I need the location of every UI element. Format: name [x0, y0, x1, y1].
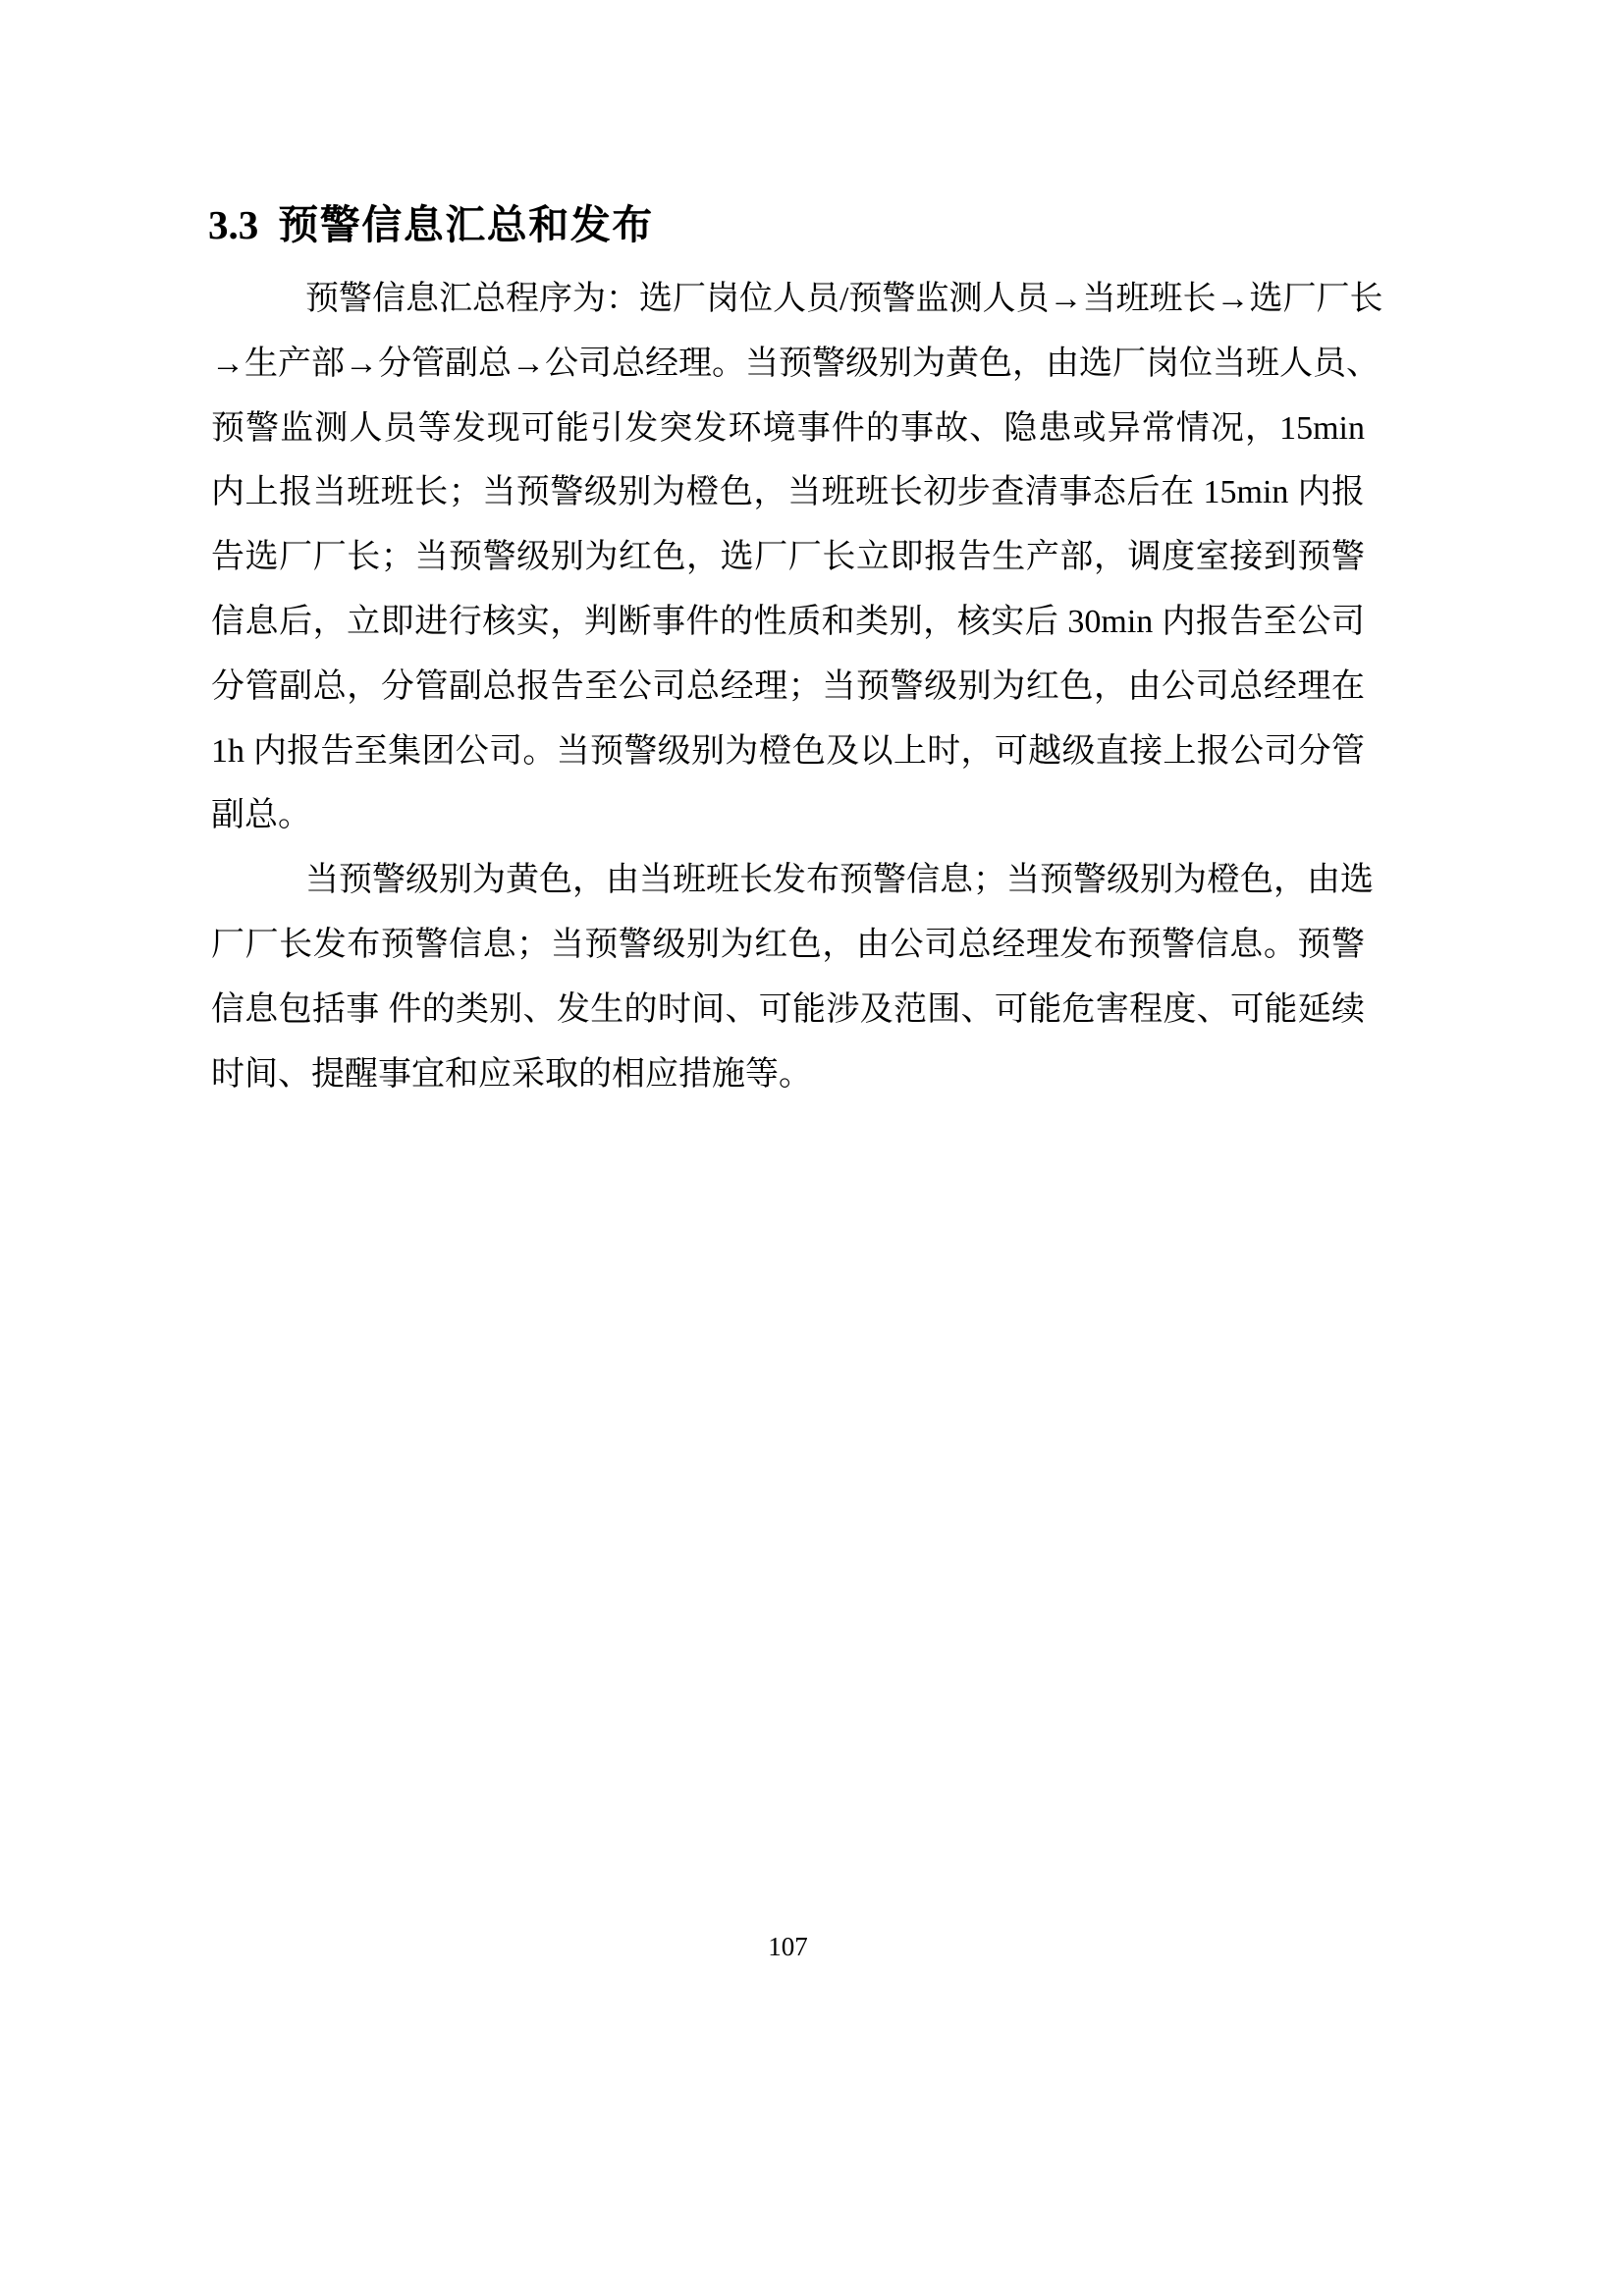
text-line: 预警信息汇总程序为：选厂岗位人员/预警监测人员→当班班长→选厂厂长	[211, 267, 1365, 332]
section-heading: 3.3预警信息汇总和发布	[208, 192, 654, 250]
section-title: 预警信息汇总和发布	[278, 202, 654, 247]
text-line: 告选厂厂长；当预警级别为红色，选厂厂长立即报告生产部，调度室接到预警	[211, 525, 1365, 590]
document-page: 3.3预警信息汇总和发布 预警信息汇总程序为：选厂岗位人员/预警监测人员→当班班…	[0, 0, 1624, 2296]
text-line: 信息包括事 件的类别、发生的时间、可能涉及范围、可能危害程度、可能延续	[211, 978, 1365, 1042]
text-line: 预警监测人员等发现可能引发突发环境事件的事故、隐患或异常情况，15min	[211, 397, 1365, 461]
text-line: 内上报当班班长；当预警级别为橙色，当班班长初步查清事态后在 15min 内报	[211, 460, 1365, 525]
text-line: 1h 内报告至集团公司。当预警级别为橙色及以上时，可越级直接上报公司分管	[211, 720, 1365, 784]
text-line: 时间、提醒事宜和应采取的相应措施等。	[211, 1042, 1365, 1107]
section-number: 3.3	[208, 202, 258, 247]
text-line: 分管副总，分管副总报告至公司总经理；当预警级别为红色，由公司总经理在	[211, 655, 1365, 720]
text-line: 当预警级别为黄色，由当班班长发布预警信息；当预警级别为橙色，由选	[211, 848, 1365, 913]
text-line: 厂厂长发布预警信息；当预警级别为红色，由公司总经理发布预警信息。预警	[211, 913, 1365, 978]
text-line: 信息后，立即进行核实，判断事件的性质和类别，核实后 30min 内报告至公司	[211, 590, 1365, 655]
page-number: 107	[211, 1932, 1365, 1962]
text-line: →生产部→分管副总→公司总经理。当预警级别为黄色，由选厂岗位当班人员、	[211, 332, 1365, 397]
paragraphs: 预警信息汇总程序为：选厂岗位人员/预警监测人员→当班班长→选厂厂长→生产部→分管…	[211, 267, 1365, 1106]
text-line: 副总。	[211, 783, 1365, 848]
